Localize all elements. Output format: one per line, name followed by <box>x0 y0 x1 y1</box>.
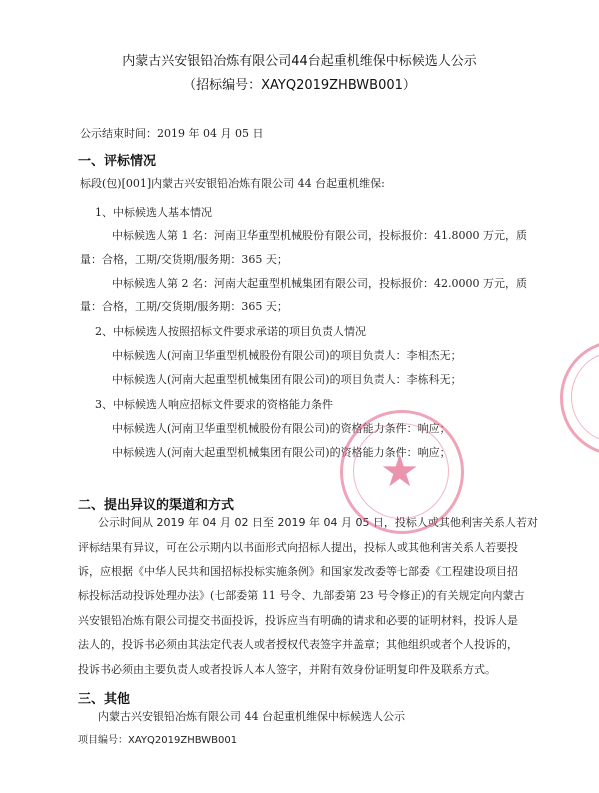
candidate1-line1: 中标候选人第 1 名：河南卫华重型机械股份有限公司，投标报价：41.8000 万… <box>112 229 527 243</box>
partial-seal-inner-ring <box>571 351 599 443</box>
section3-heading: 三、其他 <box>78 688 130 707</box>
document-page: 内蒙古兴安银铅冶炼有限公司44台起重机维保中标候选人公示 （招标编号：XAYQ2… <box>0 0 599 793</box>
document-subtitle: （招标编号：XAYQ2019ZHBWB001） <box>0 74 599 93</box>
section1-heading: 一、评标情况 <box>78 150 156 169</box>
objection-line-6: 法人的，投诉书必须由其法定代表人或者授权代表签字并盖章；其他组织或者个人投诉的， <box>78 638 518 652</box>
section2-heading: 二、提出异议的渠道和方式 <box>78 494 234 513</box>
sub3-heading: 3、中标候选人响应招标文件要求的资格能力条件 <box>95 398 333 412</box>
announcement-end-time: 公示结束时间：2019 年 04 月 05 日 <box>80 127 263 141</box>
candidate1-line2: 量：合格，工期/交货期/服务期：365 天； <box>80 253 288 267</box>
star-icon: ★ <box>380 450 419 494</box>
sub1-heading: 1、中标候选人基本情况 <box>95 206 212 220</box>
objection-line-3: 诉，应根据《中华人民共和国招标投标实施条例》和国家发改委等七部委《工程建设项目招 <box>78 565 518 579</box>
project-lead-candidate2: 中标候选人(河南大起重型机械集团有限公司)的项目负责人：李栋科无； <box>112 373 462 387</box>
objection-line-4: 标投标活动投诉处理办法》(七部委第 11 号令、九部委第 23 号令修正)的有关… <box>78 589 525 603</box>
objection-line-5: 兴安银铅冶炼有限公司提交书面投诉，投诉应当有明确的请求和必要的证明材料，投诉人是 <box>78 614 518 628</box>
sub2-heading: 2、中标候选人按照招标文件要求承诺的项目负责人情况 <box>95 325 366 339</box>
lot-description: 标段(包)[001]内蒙古兴安银铅冶炼有限公司 44 台起重机维保: <box>80 177 385 191</box>
official-seal-stamp: ★ <box>340 410 464 534</box>
partial-seal-stamp <box>560 340 599 456</box>
other-line-1: 内蒙古兴安银铅冶炼有限公司 44 台起重机维保中标候选人公示 <box>98 710 405 724</box>
project-number: 项目编号：XAYQ2019ZHBWB001 <box>78 734 237 748</box>
objection-line-7: 投诉书必须由主要负责人或者投诉人本人签字，并附有效身份证明复印件及联系方式。 <box>78 663 496 677</box>
document-title: 内蒙古兴安银铅冶炼有限公司44台起重机维保中标候选人公示 <box>0 50 599 69</box>
project-lead-candidate1: 中标候选人(河南卫华重型机械股份有限公司)的项目负责人：李相杰无； <box>112 349 462 363</box>
candidate2-line1: 中标候选人第 2 名：河南大起重型机械集团有限公司，投标报价：42.0000 万… <box>112 277 527 291</box>
objection-line-2: 评标结果有异议，可在公示期内以书面形式向招标人提出，投标人或其他利害关系人若要投 <box>78 541 518 555</box>
objection-line-1: 公示时间从 2019 年 04 月 02 日至 2019 年 04 月 05 日… <box>98 516 538 530</box>
candidate2-line2: 量：合格，工期/交货期/服务期：365 天； <box>80 300 288 314</box>
